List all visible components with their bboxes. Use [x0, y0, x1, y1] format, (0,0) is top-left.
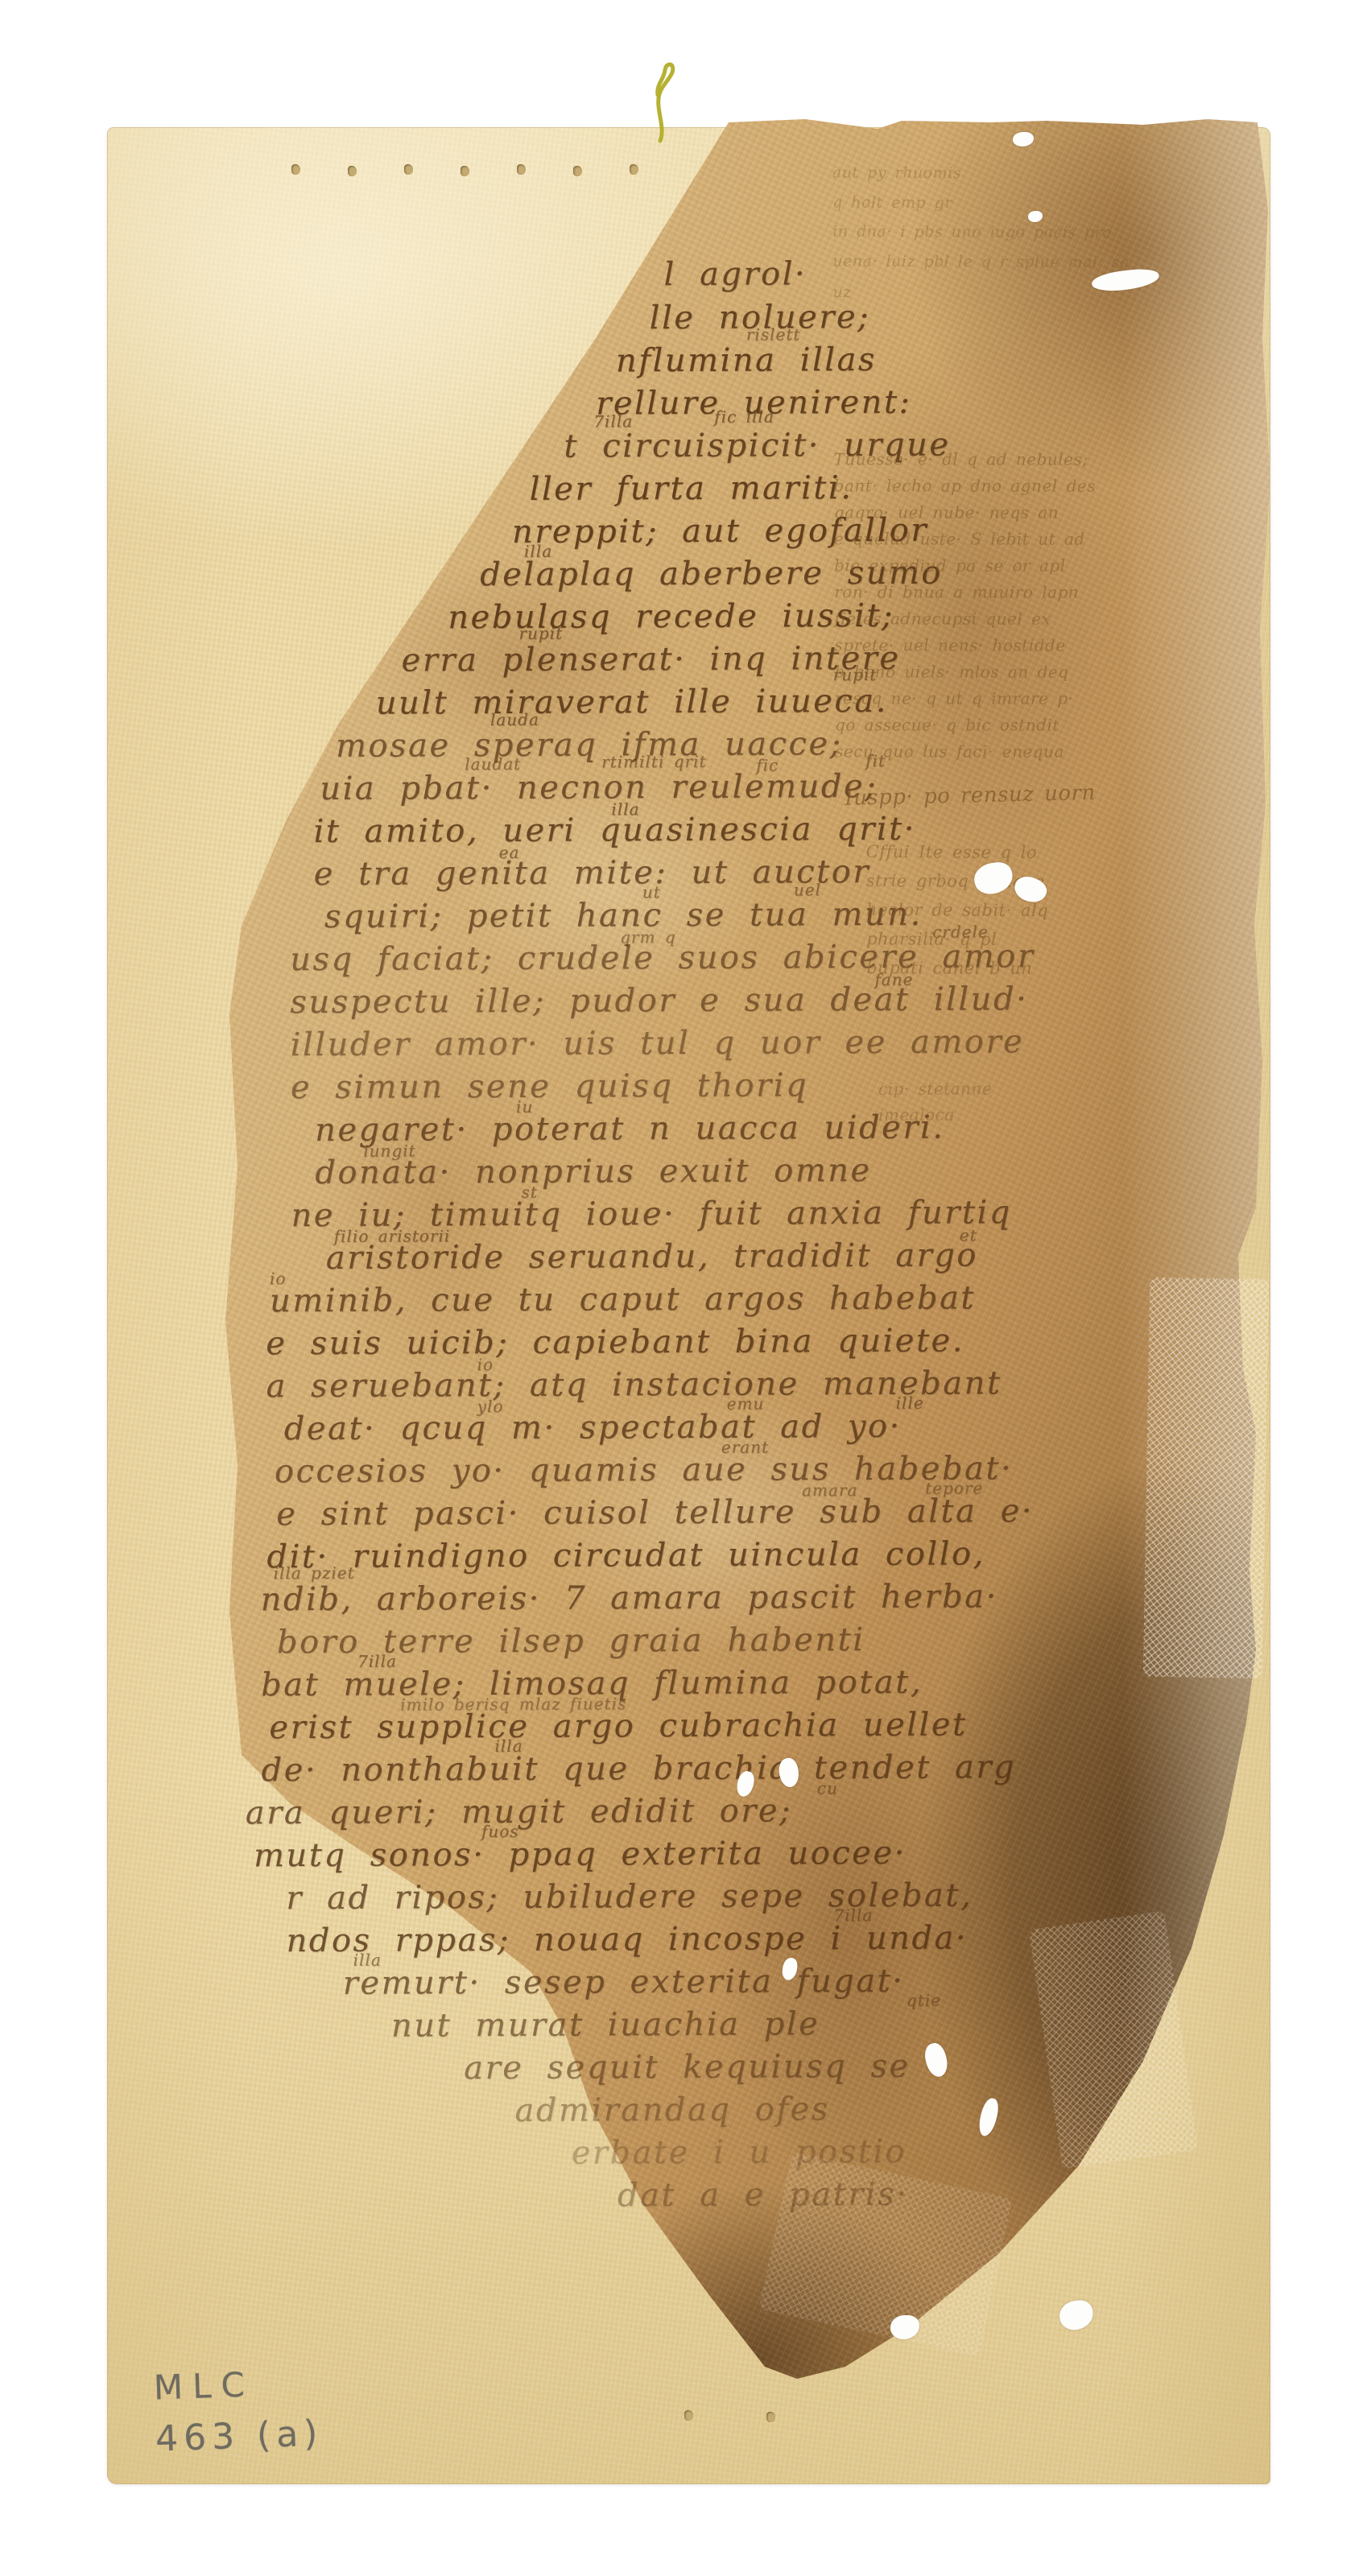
parchment-hole	[921, 2041, 952, 2079]
photograph-of-manuscript-fragment: l agrol·lle noluere;nflumina illasrellur…	[0, 0, 1367, 2576]
parchment-hole	[777, 1757, 802, 1789]
parchment-hole	[977, 2096, 1001, 2137]
parchment-hole	[890, 2315, 919, 2339]
parchment-hole	[781, 1957, 799, 1981]
stitch-hole	[684, 2410, 693, 2421]
stitch-hole	[460, 166, 469, 176]
stitch-hole	[766, 2412, 775, 2422]
loose-thread	[640, 56, 688, 145]
stitch-hole	[517, 164, 526, 175]
stitch-hole	[291, 164, 300, 175]
stitch-hole	[630, 164, 638, 175]
shelfmark-line1: MLC	[153, 2362, 322, 2407]
parchment-hole	[1058, 2298, 1096, 2331]
parchment-hole	[1011, 872, 1051, 907]
damage-layer	[0, 0, 1367, 2576]
parchment-hole	[1028, 211, 1043, 222]
parchment-hole	[1091, 267, 1160, 294]
parchment-hole	[972, 860, 1015, 897]
parchment-hole	[735, 1770, 755, 1798]
stitch-hole	[348, 166, 357, 176]
stitch-hole	[404, 164, 413, 175]
parchment-hole	[1013, 132, 1034, 147]
shelfmark-line2: 463 (a)	[155, 2413, 324, 2459]
shelfmark-pencil-note: MLC 463 (a)	[153, 2362, 324, 2459]
stitch-hole	[573, 166, 582, 176]
